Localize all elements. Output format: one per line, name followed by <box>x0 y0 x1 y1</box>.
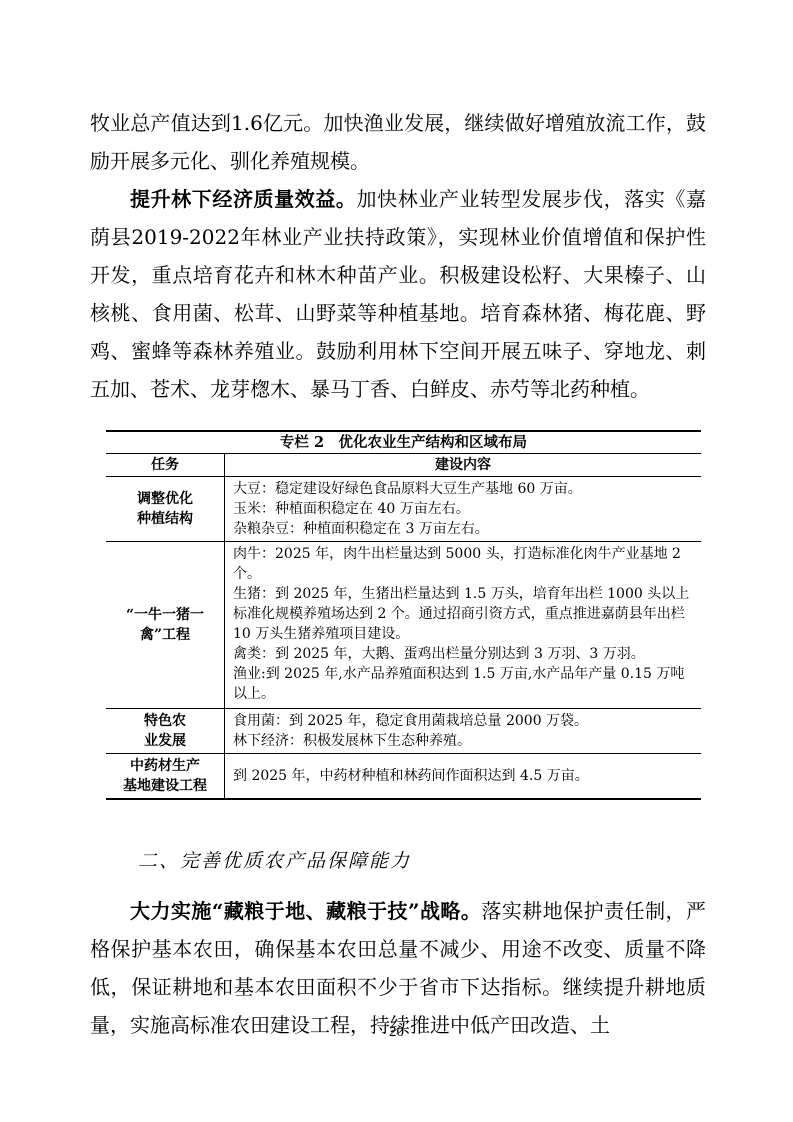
task-content: 大豆：稳定建设好绿色食品原料大豆生产基地 60 万亩。 玉米：种植面积稳定在 4… <box>225 477 701 541</box>
task-label: “一牛一猪一 禽”工程 <box>106 542 225 708</box>
paragraph-lead-grain-strategy: 大力实施“藏粮于地、藏粮于技”战略。 <box>130 899 481 923</box>
content-line: 杂粮杂豆：种植面积稳定在 3 万亩左右。 <box>233 519 693 539</box>
page-content: 牧业总产值达到1.6亿元。加快渔业发展，继续做好增殖放流工作，鼓励开展多元化、驯… <box>90 104 706 1044</box>
document-page: 牧业总产值达到1.6亿元。加快渔业发展，继续做好增殖放流工作，鼓励开展多元化、驯… <box>0 0 793 1122</box>
content-line: 食用菌：到 2025 年，稳定食用菌栽培总量 2000 万袋。 <box>233 711 693 731</box>
task-label-line: “一牛一猪一 <box>126 605 204 625</box>
content-line: 肉牛：2025 年，肉牛出栏量达到 5000 头，打造标准化肉牛产业基地 2 个… <box>233 544 693 584</box>
table-row-planting-structure: 调整优化 种植结构 大豆：稳定建设好绿色食品原料大豆生产基地 60 万亩。 玉米… <box>106 477 701 542</box>
task-label-line: 业发展 <box>144 731 186 751</box>
paragraph-forest-economy: 提升林下经济质量效益。加快林业产业转型发展步伐，落实《嘉荫县2019-2022年… <box>90 180 706 408</box>
content-line: 渔业:到 2025 年,水产品养殖面积达到 1.5 万亩,水产品年产量 0.15… <box>233 664 693 704</box>
paragraph-lead-forest-economy: 提升林下经济质量效益。 <box>130 187 357 211</box>
page-number: 20 <box>0 1024 793 1041</box>
paragraph-body-forest-economy: 加快林业产业转型发展步伐，落实《嘉荫县2019-2022年林业产业扶持政策》，实… <box>90 187 706 401</box>
task-label: 调整优化 种植结构 <box>106 477 225 541</box>
task-label-line: 特色农 <box>144 711 186 731</box>
content-line: 林下经济：积极发展林下生态种养殖。 <box>233 731 693 751</box>
paragraph-livestock-continuation: 牧业总产值达到1.6亿元。加快渔业发展，继续做好增殖放流工作，鼓励开展多元化、驯… <box>90 104 706 180</box>
content-line: 生猪：到 2025 年，生猪出栏量达到 1.5 万头，培育年出栏 1000 头以… <box>233 584 693 644</box>
table-header-task: 任务 <box>106 454 225 476</box>
table-row-special-agriculture: 特色农 业发展 食用菌：到 2025 年，稳定食用菌栽培总量 2000 万袋。 … <box>106 709 701 754</box>
table-row-cattle-pig-poultry: “一牛一猪一 禽”工程 肉牛：2025 年，肉牛出栏量达到 5000 头，打造标… <box>106 542 701 709</box>
task-label-line: 种植结构 <box>137 509 193 529</box>
content-line: 禽类：到 2025 年，大鹅、蛋鸡出栏量分别达到 3 万羽、3 万羽。 <box>233 644 693 664</box>
table-header-content: 建设内容 <box>225 454 701 476</box>
task-label-line: 调整优化 <box>137 489 193 509</box>
task-content: 到 2025 年，中药材种植和林药间作面积达到 4.5 万亩。 <box>225 754 701 798</box>
task-label: 特色农 业发展 <box>106 709 225 753</box>
content-line: 大豆：稳定建设好绿色食品原料大豆生产基地 60 万亩。 <box>233 479 693 499</box>
paragraph-grain-strategy: 大力实施“藏粮于地、藏粮于技”战略。落实耕地保护责任制，严格保护基本农田，确保基… <box>90 892 706 1044</box>
section-heading-2: 二、完善优质农产品保障能力 <box>90 846 706 876</box>
task-label-line: 禽”工程 <box>140 625 190 645</box>
content-line: 到 2025 年，中药材种植和林药间作面积达到 4.5 万亩。 <box>233 766 693 786</box>
task-label-line: 基地建设工程 <box>123 776 207 796</box>
table-row-herbal-medicine-base: 中药材生产 基地建设工程 到 2025 年，中药材种植和林药间作面积达到 4.5… <box>106 754 701 798</box>
content-line: 玉米：种植面积稳定在 40 万亩左右。 <box>233 499 693 519</box>
column-2-table: 专栏 2 优化农业生产结构和区域布局 任务 建设内容 调整优化 种植结构 大豆：… <box>106 430 701 800</box>
task-label: 中药材生产 基地建设工程 <box>106 754 225 798</box>
task-label-line: 中药材生产 <box>130 756 200 776</box>
task-content: 食用菌：到 2025 年，稳定食用菌栽培总量 2000 万袋。 林下经济：积极发… <box>225 709 701 753</box>
task-content: 肉牛：2025 年，肉牛出栏量达到 5000 头，打造标准化肉牛产业基地 2 个… <box>225 542 701 708</box>
table-title: 专栏 2 优化农业生产结构和区域布局 <box>106 432 701 454</box>
table-header-row: 任务 建设内容 <box>106 454 701 477</box>
